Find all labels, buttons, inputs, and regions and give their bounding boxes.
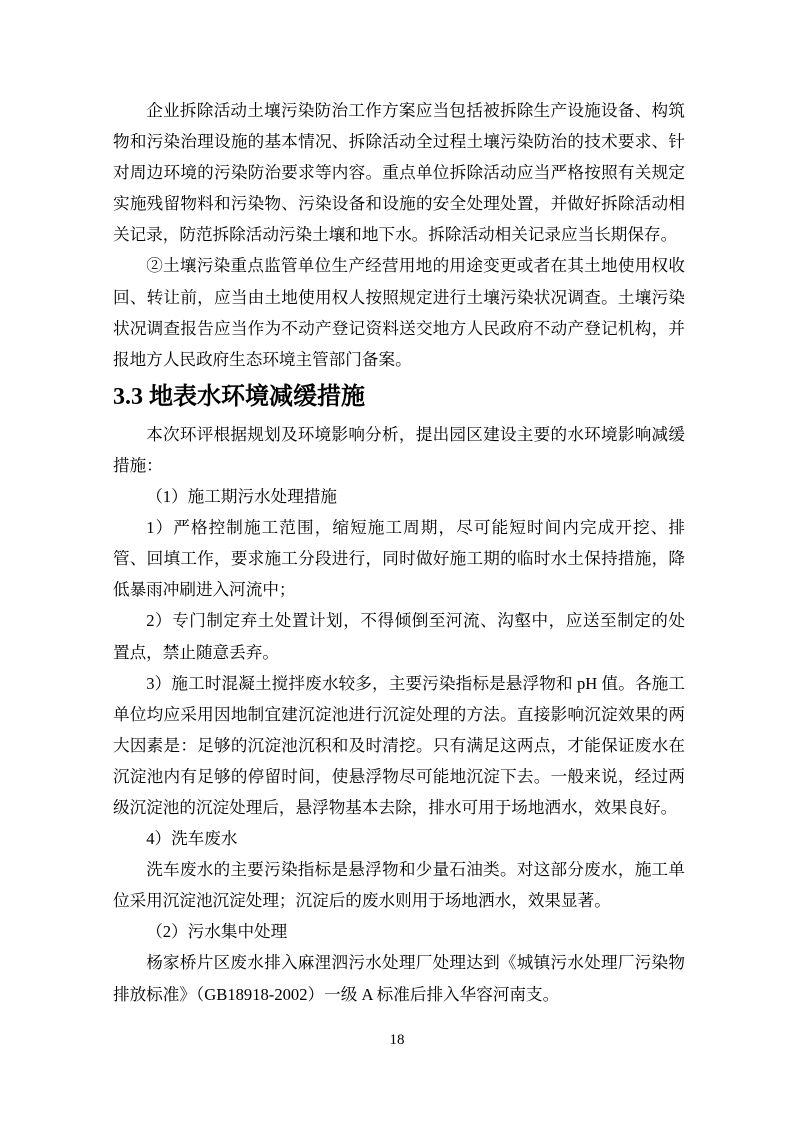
para-construction-sewage-title: （1）施工期污水处理措施 [113, 481, 685, 512]
para-carwash-wastewater: 洗车废水的主要污染指标是悬浮物和少量石油类。对这部分废水，施工单位采用沉淀池沉淀… [113, 854, 685, 916]
page-content: 企业拆除活动土壤污染防治工作方案应当包括被拆除生产设施设备、构筑物和污染治理设施… [113, 95, 685, 1010]
para-land-use-change-survey: ②土壤污染重点监管单位生产经营用地的用途变更或者在其土地使用权收回、转让前，应当… [113, 250, 685, 374]
para-measure-3-concrete-wastewater: 3）施工时混凝土搅拌废水较多，主要污染指标是悬浮物和 pH 值。各施工单位均应采… [113, 668, 685, 823]
para-measure-1-construction-scope: 1）严格控制施工范围，缩短施工周期，尽可能短时间内完成开挖、排管、回填工作，要求… [113, 512, 685, 605]
para-yangjiaqiao-discharge: 杨家桥片区废水排入麻浬泗污水处理厂处理达到《城镇污水处理厂污染物排放标准》（GB… [113, 947, 685, 1009]
document-page: 企业拆除活动土壤污染防治工作方案应当包括被拆除生产设施设备、构筑物和污染治理设施… [0, 0, 794, 1122]
page-number: 18 [0, 1030, 794, 1050]
para-centralized-treatment-title: （2）污水集中处理 [113, 916, 685, 947]
para-demolition-workplan: 企业拆除活动土壤污染防治工作方案应当包括被拆除生产设施设备、构筑物和污染治理设施… [113, 95, 685, 250]
para-measure-4-carwash-title: 4）洗车废水 [113, 823, 685, 854]
section-heading-surface-water: 3.3 地表水环境减缓措施 [113, 379, 685, 415]
para-water-intro: 本次环评根据规划及环境影响分析，提出园区建设主要的水环境影响减缓措施： [113, 419, 685, 481]
para-measure-2-spoil-disposal: 2）专门制定弃土处置计划，不得倾倒至河流、沟壑中，应送至制定的处置点，禁止随意丢… [113, 605, 685, 667]
